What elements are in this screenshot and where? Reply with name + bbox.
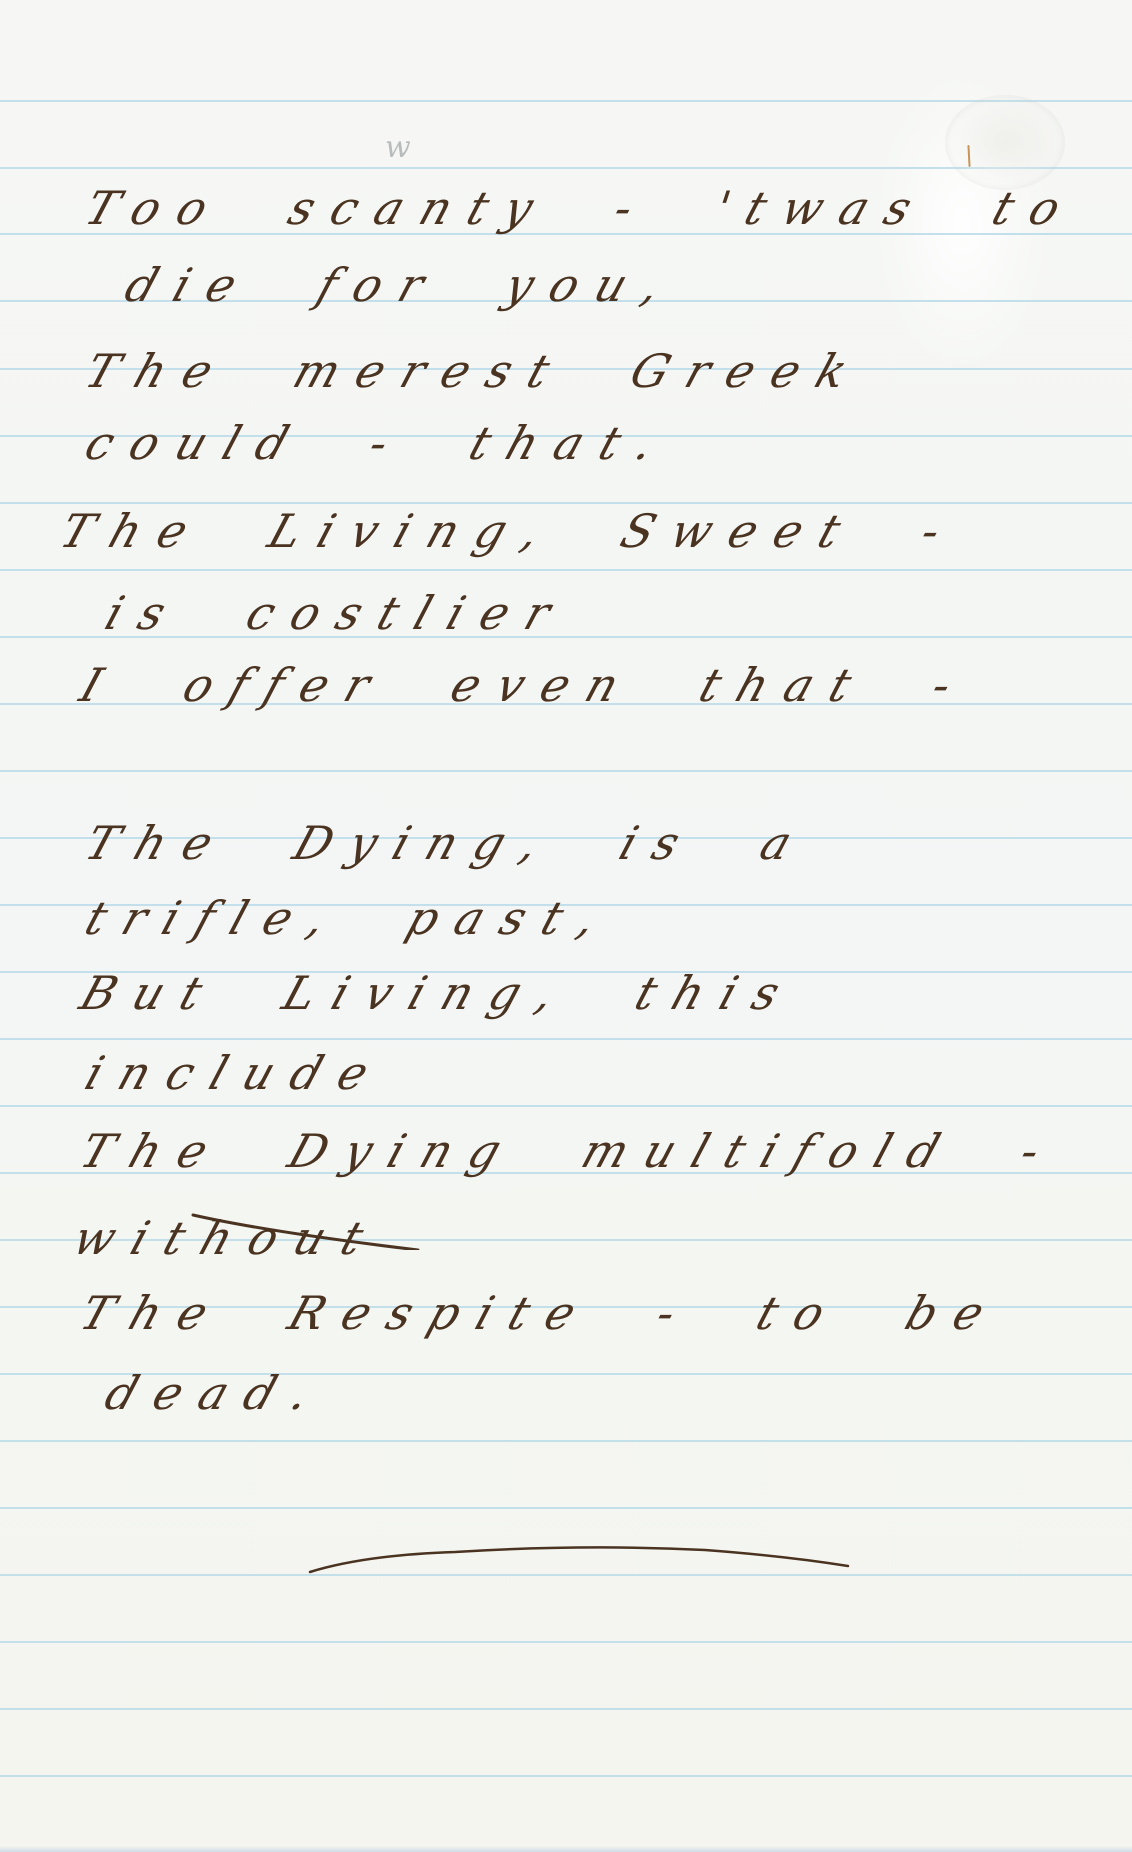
rule-line: [0, 1440, 1132, 1442]
poem-line-2: die for you,: [120, 262, 684, 308]
poem-line-8: The Dying, is a: [80, 820, 815, 866]
manuscript-page: w Too scanty - 'twas to die for you, The…: [0, 0, 1132, 1852]
poem-line-5: The Living, Sweet -: [55, 508, 964, 554]
rule-line: [0, 1038, 1132, 1040]
poem-line-11: include: [80, 1050, 392, 1096]
page-bottom-edge: [0, 1846, 1132, 1852]
poem-line-7: I offer even that -: [75, 662, 975, 708]
rule-line: [0, 1105, 1132, 1107]
pencil-mark: w: [385, 130, 411, 165]
poem-line-14: The Respite - to be: [75, 1290, 1008, 1336]
rule-line: [0, 569, 1132, 571]
poem-line-4: could - that.: [80, 420, 678, 466]
poem-line-3: The merest Greek: [80, 348, 871, 394]
poem-line-6: is costlier: [100, 590, 574, 636]
poem-line-10: But Living, this: [75, 970, 803, 1016]
rule-line: [0, 1708, 1132, 1710]
rule-line: [0, 1641, 1132, 1643]
rule-line: [0, 1775, 1132, 1777]
embossed-stamp: [945, 95, 1065, 190]
without-overline-stroke: [88, 1210, 428, 1250]
rule-line: [0, 770, 1132, 772]
poem-line-12: The Dying multifold -: [75, 1128, 1064, 1174]
closing-flourish-line: [305, 1540, 855, 1580]
poem-line-15: dead.: [100, 1370, 333, 1416]
rule-line: [0, 100, 1132, 102]
poem-line-1: Too scanty - 'twas to: [80, 185, 1084, 231]
poem-line-9: trifle, past,: [80, 895, 620, 941]
rule-line: [0, 1507, 1132, 1509]
